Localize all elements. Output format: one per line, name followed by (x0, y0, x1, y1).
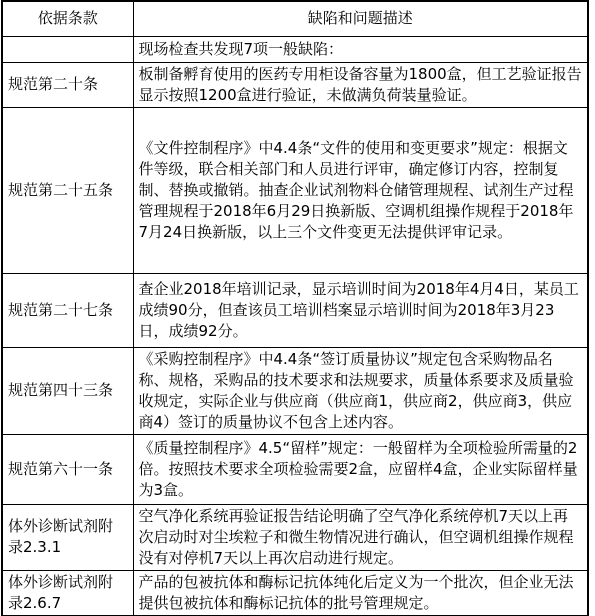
clause-cell: 规范第二十五条 (2, 107, 133, 273)
table-row: 规范第六十一条 《质量控制程序》4.5“留样”规定：一般留样为全项检验所需量的2… (2, 434, 588, 504)
description-cell: 《文件控制程序》中4.4条“文件的使用和变更要求”规定：根据文件等级，联合相关部… (133, 107, 588, 273)
table-row: 体外诊断试剂附录2.6.7 产品的包被抗体和酶标记抗体纯化后定义为一个批次，但企… (2, 570, 588, 615)
table-row: 规范第四十三条 《采购控制程序》中4.4条“签订质量协议”规定包含采购物品名称、… (2, 347, 588, 434)
table-header-row: 依据条款 缺陷和问题描述 (2, 1, 588, 36)
description-cell: 空气净化系统再验证报告结论明确了空气净化系统停机7天以上再次启动时对尘埃粒子和微… (133, 504, 588, 570)
clause-cell: 规范第二十七条 (2, 273, 133, 347)
table-row: 规范第二十七条 查企业2018年培训记录，显示培训时间为2018年4月4日，某员… (2, 273, 588, 347)
clause-cell: 体外诊断试剂附录2.6.7 (2, 570, 133, 615)
clause-cell (2, 36, 133, 62)
description-cell: 板制备孵育使用的医药专用柜设备容量为1800盒，但工艺验证报告显示按照1200盒… (133, 62, 588, 107)
clause-cell: 体外诊断试剂附录2.3.1 (2, 504, 133, 570)
description-cell: 《质量控制程序》4.5“留样”规定：一般留样为全项检验所需量的2倍。按照技术要求… (133, 434, 588, 504)
table-row: 体外诊断试剂附录2.3.1 空气净化系统再验证报告结论明确了空气净化系统停机7天… (2, 504, 588, 570)
clause-cell: 规范第二十条 (2, 62, 133, 107)
table-row: 规范第二十五条 《文件控制程序》中4.4条“文件的使用和变更要求”规定：根据文件… (2, 107, 588, 273)
description-cell: 《采购控制程序》中4.4条“签订质量协议”规定包含采购物品名称、规格，采购品的技… (133, 347, 588, 434)
table-row: 现场检查共发现7项一般缺陷： (2, 36, 588, 62)
description-cell: 现场检查共发现7项一般缺陷： (133, 36, 588, 62)
clause-cell: 规范第六十一条 (2, 434, 133, 504)
defect-table: 依据条款 缺陷和问题描述 现场检查共发现7项一般缺陷： 规范第二十条 板制备孵育… (1, 0, 589, 616)
column-header-description: 缺陷和问题描述 (133, 1, 588, 36)
document-page: 依据条款 缺陷和问题描述 现场检查共发现7项一般缺陷： 规范第二十条 板制备孵育… (0, 0, 595, 616)
description-cell: 查企业2018年培训记录，显示培训时间为2018年4月4日，某员工成绩90分，但… (133, 273, 588, 347)
table-row: 规范第二十条 板制备孵育使用的医药专用柜设备容量为1800盒，但工艺验证报告显示… (2, 62, 588, 107)
clause-cell: 规范第四十三条 (2, 347, 133, 434)
column-header-clause: 依据条款 (2, 1, 133, 36)
description-cell: 产品的包被抗体和酶标记抗体纯化后定义为一个批次，但企业无法提供包被抗体和酶标记抗… (133, 570, 588, 615)
